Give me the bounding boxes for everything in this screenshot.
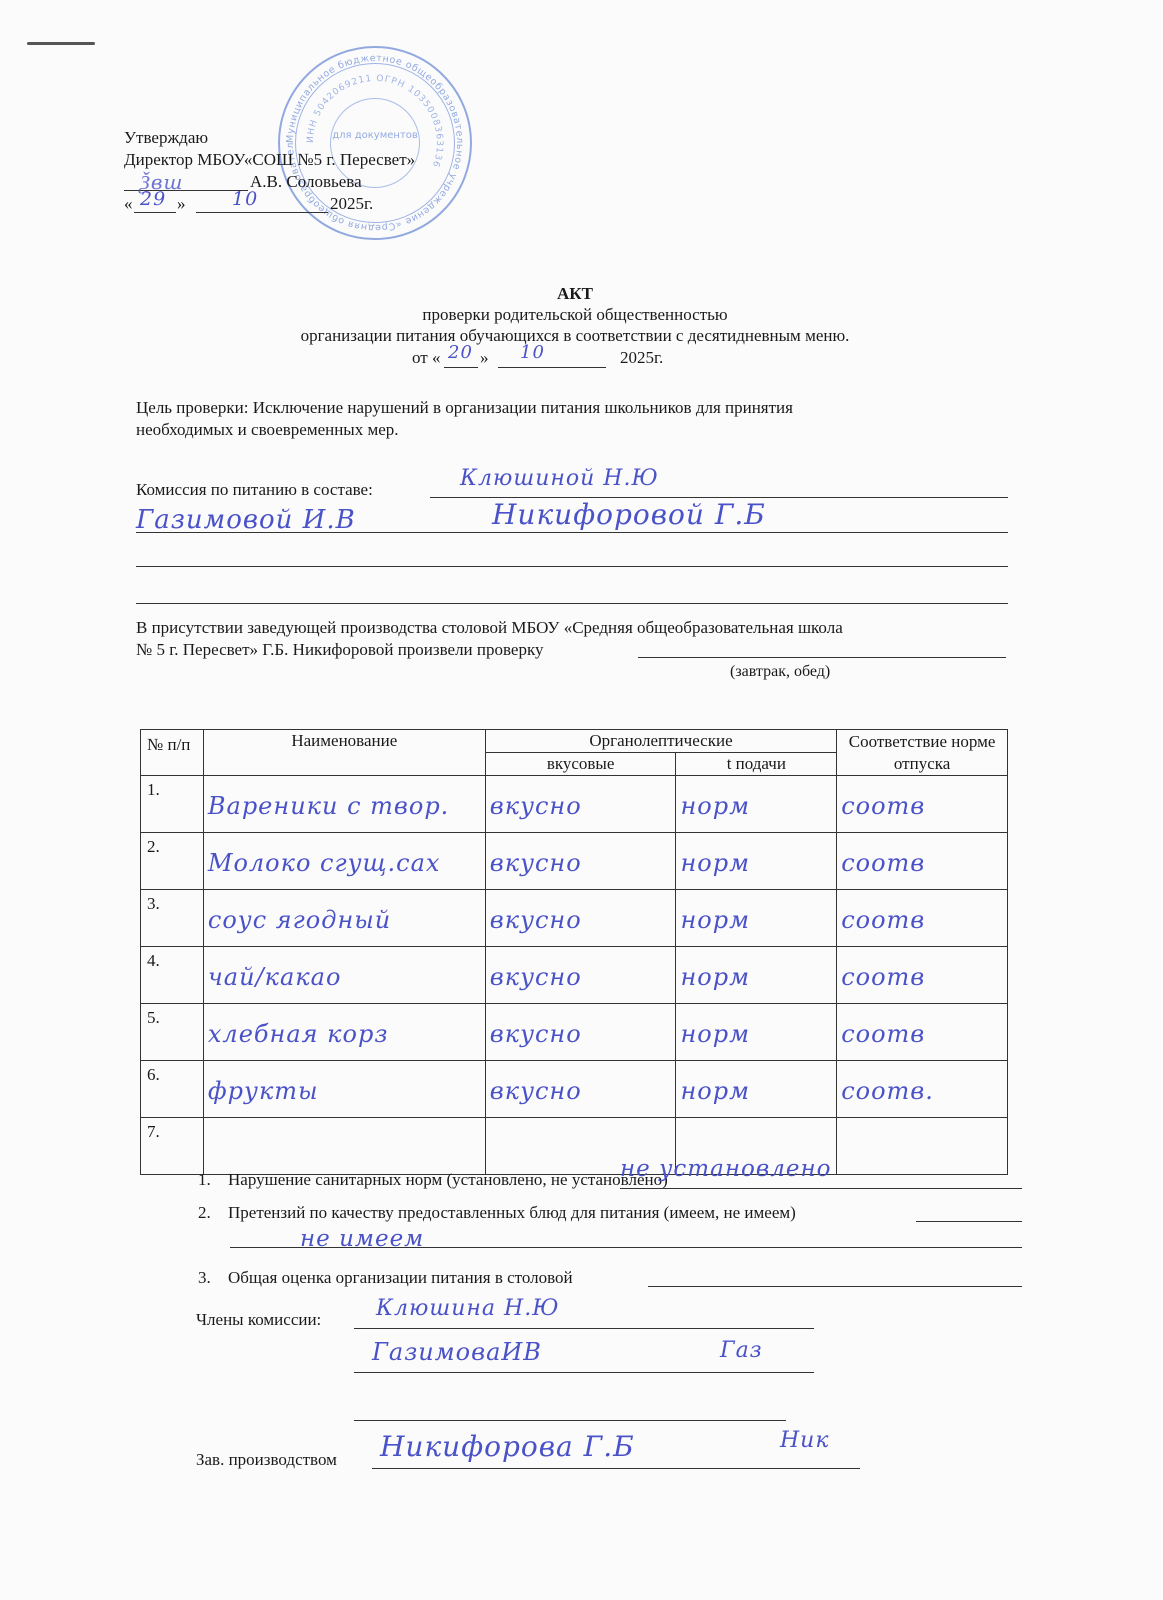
members-label: Члены комиссии: [196, 1310, 321, 1330]
row-dish-name: Вареники с твор. [204, 776, 485, 820]
commission-member-3: Никифоровой Г.Б [492, 498, 766, 531]
table-row: 6.фруктывкуснонормсоотв. [141, 1061, 1008, 1118]
row-temperature: норм [676, 1061, 836, 1105]
inspection-table: № п/п Наименование Органолептические Соо… [140, 729, 1008, 1175]
member-signature-2-mark: Газ [720, 1338, 763, 1363]
row-taste-cell: вкусно [485, 1061, 676, 1118]
row-taste: вкусно [486, 1061, 676, 1105]
row-dish-name-cell [203, 1118, 485, 1175]
finding-number: 1. [198, 1170, 211, 1190]
finding-number: 2. [198, 1203, 211, 1223]
row-compliance-cell: соотв [837, 1004, 1008, 1061]
header-organoleptic: Органолептические [485, 730, 836, 753]
row-compliance-cell: соотв [837, 890, 1008, 947]
row-compliance: соотв [837, 1004, 1007, 1048]
act-date-prefix: от « [412, 348, 440, 368]
row-num-cell: 5. [141, 1004, 204, 1061]
finding-number: 3. [198, 1268, 211, 1288]
row-temperature-cell: норм [676, 947, 837, 1004]
row-temperature-cell: норм [676, 776, 837, 833]
header-name: Наименование [203, 730, 485, 776]
row-compliance-cell: соотв. [837, 1061, 1008, 1118]
finding-label: Общая оценка организации питания в столо… [228, 1268, 573, 1288]
row-num-cell: 7. [141, 1118, 204, 1175]
row-dish-name: хлебная корз [204, 1004, 485, 1048]
official-stamp: Муниципальное бюджетное общеобразователь… [278, 46, 472, 240]
presence-line2: № 5 г. Пересвет» Г.Б. Никифоровой произв… [136, 640, 544, 660]
row-compliance: соотв [837, 890, 1007, 934]
row-dish-name-cell: чай/какао [203, 947, 485, 1004]
row-dish-name [204, 1118, 485, 1134]
commission-member-1: Клюшиной Н.Ю [460, 466, 659, 491]
row-dish-name: фрукты [204, 1061, 485, 1105]
act-date-day: 20 [448, 342, 473, 363]
row-compliance-cell: соотв [837, 833, 1008, 890]
stamp-center-text: для документов [280, 130, 470, 141]
row-compliance: соотв [837, 947, 1007, 991]
row-dish-name-cell: соус ягодный [203, 890, 485, 947]
row-compliance-cell: соотв [837, 947, 1008, 1004]
row-taste: вкусно [486, 833, 676, 877]
row-num-cell: 6. [141, 1061, 204, 1118]
row-compliance [837, 1118, 1007, 1134]
row-num-cell: 2. [141, 833, 204, 890]
purpose-line1: Цель проверки: Исключение нарушений в ор… [136, 398, 793, 418]
table-row: 1.Вареники с твор.вкуснонормсоотв [141, 776, 1008, 833]
row-dish-name: Молоко сгущ.сах [204, 833, 485, 877]
row-temperature-cell: норм [676, 1061, 837, 1118]
approval-date-month: 10 [232, 188, 258, 210]
row-taste: вкусно [486, 947, 676, 991]
table-row: 2.Молоко сгущ.сахвкуснонормсоотв [141, 833, 1008, 890]
row-taste-cell: вкусно [485, 1004, 676, 1061]
row-compliance: соотв [837, 833, 1007, 877]
row-temperature: норм [676, 947, 836, 991]
approval-date-close: » [177, 194, 186, 214]
member-signature-1: Клюшина Н.Ю [376, 1296, 559, 1321]
approve-label: Утверждаю [124, 128, 208, 148]
row-dish-name-cell: хлебная корз [203, 1004, 485, 1061]
row-temperature [676, 1118, 836, 1134]
row-dish-name: чай/какао [204, 947, 485, 991]
approval-date-open: « [124, 194, 133, 214]
head-signature: Ник [780, 1428, 830, 1453]
row-compliance: соотв. [837, 1061, 1007, 1105]
table-row: 3.соус ягодныйвкуснонормсоотв [141, 890, 1008, 947]
director-line: Директор МБОУ«СОШ №5 г. Пересвет» [124, 150, 415, 170]
row-dish-name-cell: фрукты [203, 1061, 485, 1118]
row-taste: вкусно [486, 890, 676, 934]
row-compliance: соотв [837, 776, 1007, 820]
table-row: 5.хлебная корзвкуснонормсоотв [141, 1004, 1008, 1061]
row-dish-name-cell: Молоко сгущ.сах [203, 833, 485, 890]
row-taste [486, 1118, 676, 1134]
act-date-year: 2025г. [620, 348, 663, 368]
row-temperature-cell: норм [676, 890, 837, 947]
purpose-line2: необходимых и своевременных мер. [136, 420, 399, 440]
approval-date-day: 29 [140, 188, 166, 210]
finding-label: Претензий по качеству предоставленных бл… [228, 1203, 796, 1223]
row-temperature: норм [676, 890, 836, 934]
row-taste-cell: вкусно [485, 776, 676, 833]
row-compliance-cell: соотв [837, 776, 1008, 833]
row-temperature-cell: норм [676, 1004, 837, 1061]
header-taste: вкусовые [485, 753, 676, 776]
row-num-cell: 4. [141, 947, 204, 1004]
row-taste: вкусно [486, 1004, 676, 1048]
row-temperature: норм [676, 833, 836, 877]
document-title: АКТ [0, 284, 1150, 304]
row-num-cell: 1. [141, 776, 204, 833]
finding-label: Нарушение санитарных норм (установлено, … [228, 1170, 668, 1190]
title-line1: проверки родительской общественностью [0, 305, 1150, 325]
row-taste-cell: вкусно [485, 890, 676, 947]
finding-answer: не имеем [300, 1226, 424, 1252]
row-taste-cell: вкусно [485, 833, 676, 890]
table-row: 7. [141, 1118, 1008, 1175]
row-temperature-cell: норм [676, 833, 837, 890]
presence-line1: В присутствии заведующей производства ст… [136, 618, 843, 638]
header-compliance: Соответствие норме отпуска [837, 730, 1008, 776]
director-name: А.В. Соловьева [250, 172, 362, 192]
finding-answer: не установлено [620, 1156, 831, 1182]
commission-label: Комиссия по питанию в составе: [136, 480, 373, 500]
row-compliance-cell [837, 1118, 1008, 1175]
header-num: № п/п [141, 730, 204, 776]
row-num-cell: 3. [141, 890, 204, 947]
row-taste: вкусно [486, 776, 676, 820]
row-temperature: норм [676, 1004, 836, 1048]
table-row: 4.чай/какаовкуснонормсоотв [141, 947, 1008, 1004]
row-taste-cell: вкусно [485, 947, 676, 1004]
member-signature-2: ГазимоваИВ [372, 1338, 542, 1366]
row-dish-name: соус ягодный [204, 890, 485, 934]
act-date-month: 10 [520, 342, 545, 363]
title-line2: организации питания обучающихся в соотве… [0, 326, 1150, 346]
head-label: Зав. производством [196, 1450, 337, 1470]
row-temperature: норм [676, 776, 836, 820]
head-name: Никифорова Г.Б [380, 1430, 635, 1463]
commission-member-2: Газимовой И.В [136, 505, 356, 535]
staple-mark [27, 42, 95, 45]
row-dish-name-cell: Вареники с твор. [203, 776, 485, 833]
act-date-mid: » [480, 348, 489, 368]
approval-date-year: 2025г. [330, 194, 373, 214]
meal-type-hint: (завтрак, обед) [730, 662, 830, 682]
header-temp: t подачи [676, 753, 837, 776]
